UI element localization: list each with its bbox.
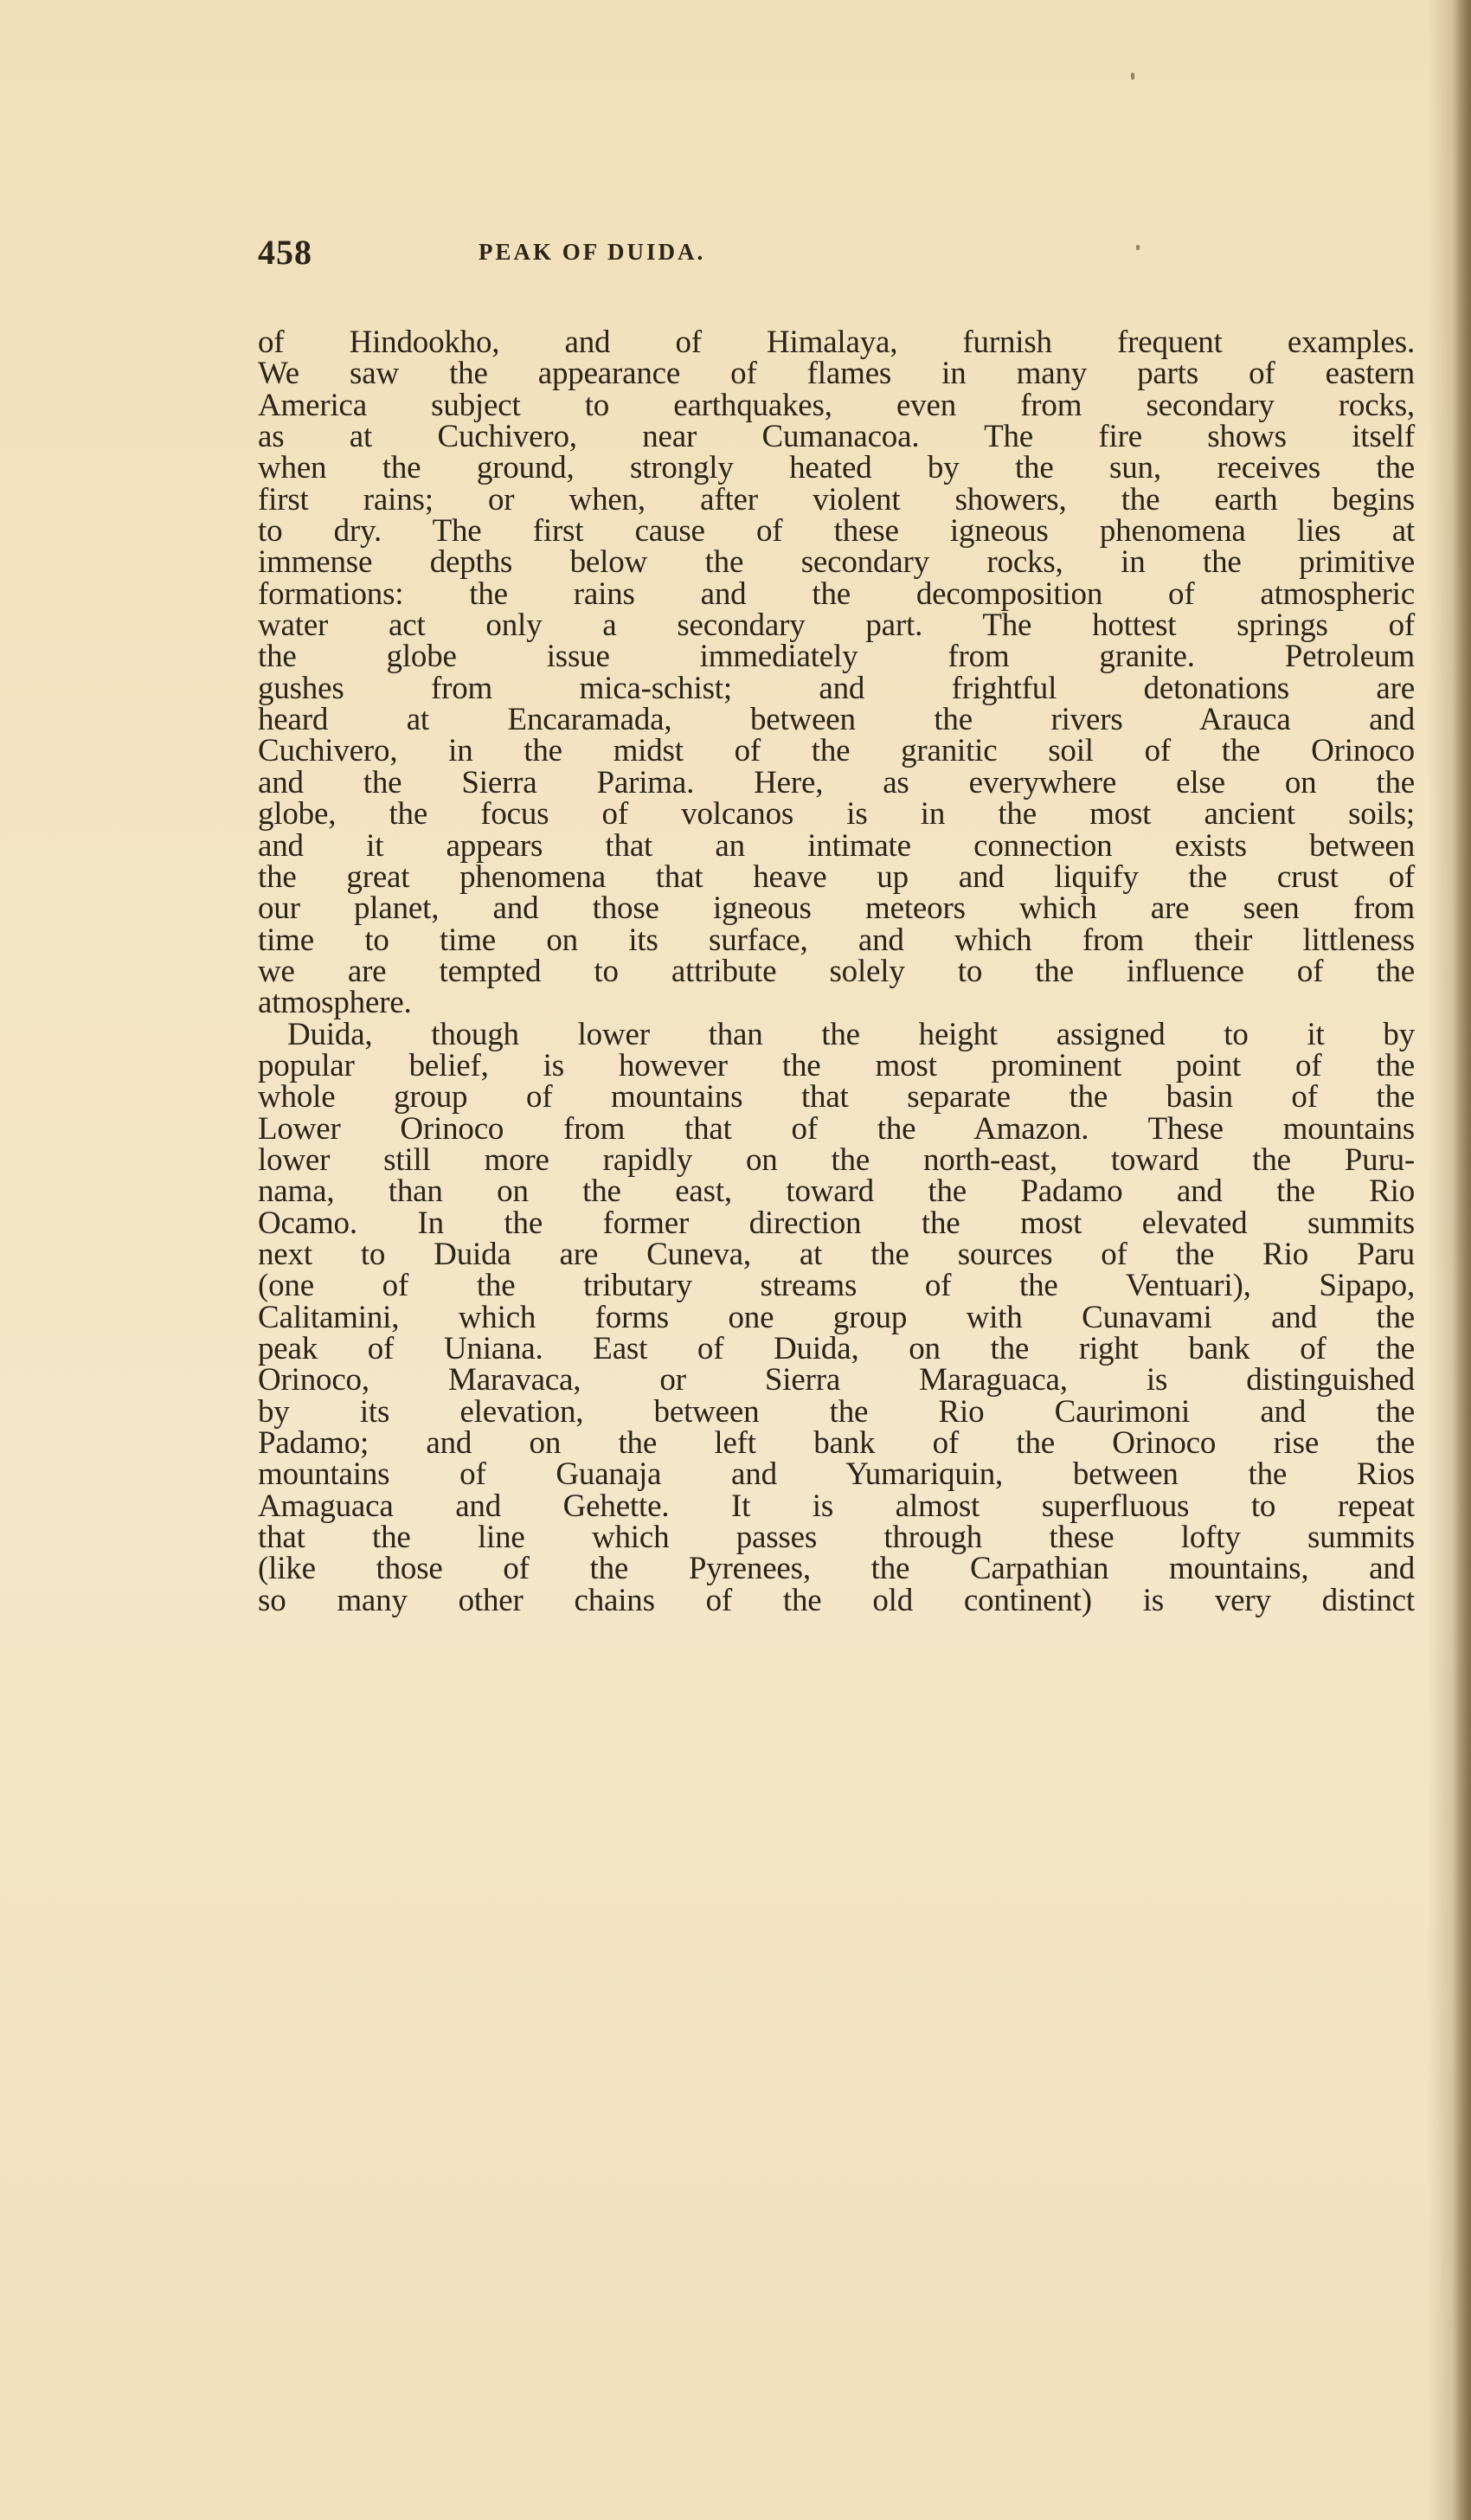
text-line: the great phenomena that heave up and li… [258,862,1415,893]
text-line: popular belief, is however the most prom… [258,1051,1415,1082]
running-title: PEAK OF DUIDA. [479,239,705,266]
text-line: peak of Uniana. East of Duida, on the ri… [258,1334,1415,1365]
text-line: Calitamini, which forms one group with C… [258,1302,1415,1334]
ink-speck [1131,73,1134,80]
text-line: mountains of Guanaja and Yumariquin, bet… [258,1459,1415,1490]
book-page: 458 PEAK OF DUIDA. of Hindookho, and of … [0,0,1471,2520]
text-line: Lower Orinoco from that of the Amazon. T… [258,1114,1415,1145]
text-line: lower still more rapidly on the north-ea… [258,1145,1415,1176]
text-line: that the line which passes through these… [258,1522,1415,1553]
text-line: Padamo; and on the left bank of the Orin… [258,1428,1415,1459]
text-line: atmosphere. [258,987,1415,1019]
page-edge-shadow [1452,0,1471,2520]
text-line: Duida, though lower than the height assi… [258,1019,1415,1051]
page-number: 458 [258,232,312,273]
text-line: water act only a secondary part. The hot… [258,610,1415,641]
text-line: when the ground, strongly heated by the … [258,453,1415,484]
text-line: Ocamo. In the former direction the most … [258,1208,1415,1239]
running-head: 458 PEAK OF DUIDA. [258,232,1415,275]
text-line: formations: the rains and the decomposit… [258,579,1415,610]
text-line: (like those of the Pyrenees, the Carpath… [258,1553,1415,1585]
text-line: globe, the focus of volcanos is in the m… [258,799,1415,830]
text-line: heard at Encaramada, between the rivers … [258,704,1415,736]
text-line: America subject to earthquakes, even fro… [258,390,1415,421]
text-line: the globe issue immediately from granite… [258,641,1415,672]
text-line: and the Sierra Parima. Here, as everywhe… [258,768,1415,799]
text-line: Amaguaca and Gehette. It is almost super… [258,1491,1415,1522]
text-line: Orinoco, Maravaca, or Sierra Maraguaca, … [258,1365,1415,1396]
text-line: gushes from mica-schist; and frightful d… [258,673,1415,704]
text-line: first rains; or when, after violent show… [258,485,1415,516]
text-line: of Hindookho, and of Himalaya, furnish f… [258,327,1415,358]
text-line: so many other chains of the old continen… [258,1585,1415,1617]
body-text: of Hindookho, and of Himalaya, furnish f… [258,327,1415,1617]
text-line: Cuchivero, in the midst of the granitic … [258,736,1415,767]
text-line: we are tempted to attribute solely to th… [258,956,1415,987]
text-line: immense depths below the secondary rocks… [258,547,1415,578]
text-line: nama, than on the east, toward the Padam… [258,1176,1415,1207]
text-line: our planet, and those igneous meteors wh… [258,893,1415,924]
text-line: next to Duida are Cuneva, at the sources… [258,1239,1415,1270]
text-line: to dry. The first cause of these igneous… [258,516,1415,547]
text-line: time to time on its surface, and which f… [258,925,1415,956]
text-line: and it appears that an intimate connecti… [258,831,1415,862]
text-line: as at Cuchivero, near Cumanacoa. The fir… [258,421,1415,453]
paragraph: of Hindookho, and of Himalaya, furnish f… [258,327,1415,1019]
text-line: We saw the appearance of flames in many … [258,358,1415,389]
paragraph: Duida, though lower than the height assi… [258,1019,1415,1617]
text-line: (one of the tributary streams of the Ven… [258,1270,1415,1302]
text-line: whole group of mountains that separate t… [258,1082,1415,1113]
text-line: by its elevation, between the Rio Caurim… [258,1397,1415,1428]
